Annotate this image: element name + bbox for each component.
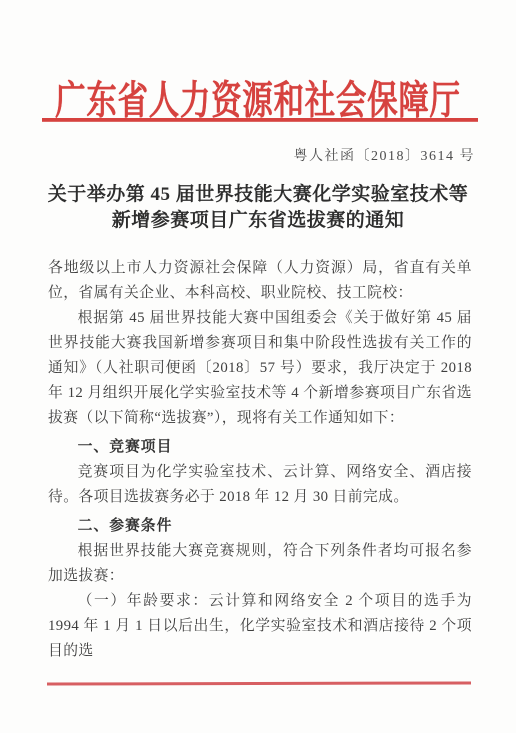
scanned-document-page: 广东省人力资源和社会保障厅 粤人社函〔2018〕3614 号 关于举办第 45 … [0,0,516,733]
salutation-paragraph: 各地级以上市人力资源社会保障（人力资源）局，省直有关单位，省属有关企业、本科高校… [48,256,472,306]
document-title-line-2: 新增参赛项目广东省选拔赛的通知 [20,208,496,234]
document-title-line-1: 关于举办第 45 届世界技能大赛化学实验室技术等 [20,182,496,208]
document-body: 各地级以上市人力资源社会保障（人力资源）局，省直有关单位，省属有关企业、本科高校… [48,256,472,664]
agency-header: 广东省人力资源和社会保障厅 [52,68,465,125]
body-paragraph: 根据世界技能大赛竞赛规则，符合下列条件者均可报名参加选拔赛： [48,539,472,589]
section-heading-2: 二、参赛条件 [48,514,472,539]
section-heading-1: 一、竞赛项目 [48,435,472,460]
body-paragraph: 根据第 45 届世界技能大赛中国组委会《关于做好第 45 届世界技能大赛我国新增… [48,306,472,431]
body-paragraph: 竞赛项目为化学实验室技术、云计算、网络安全、酒店接待。各项目选拔赛务必于 201… [48,460,472,510]
body-paragraph: （一）年龄要求：云计算和网络安全 2 个项目的选手为 1994 年 1 月 1 … [48,589,472,664]
document-number: 粤人社函〔2018〕3614 号 [294,145,476,165]
footer-divider [47,681,471,685]
header-divider [42,118,478,122]
document-title: 关于举办第 45 届世界技能大赛化学实验室技术等 新增参赛项目广东省选拔赛的通知 [20,182,496,234]
